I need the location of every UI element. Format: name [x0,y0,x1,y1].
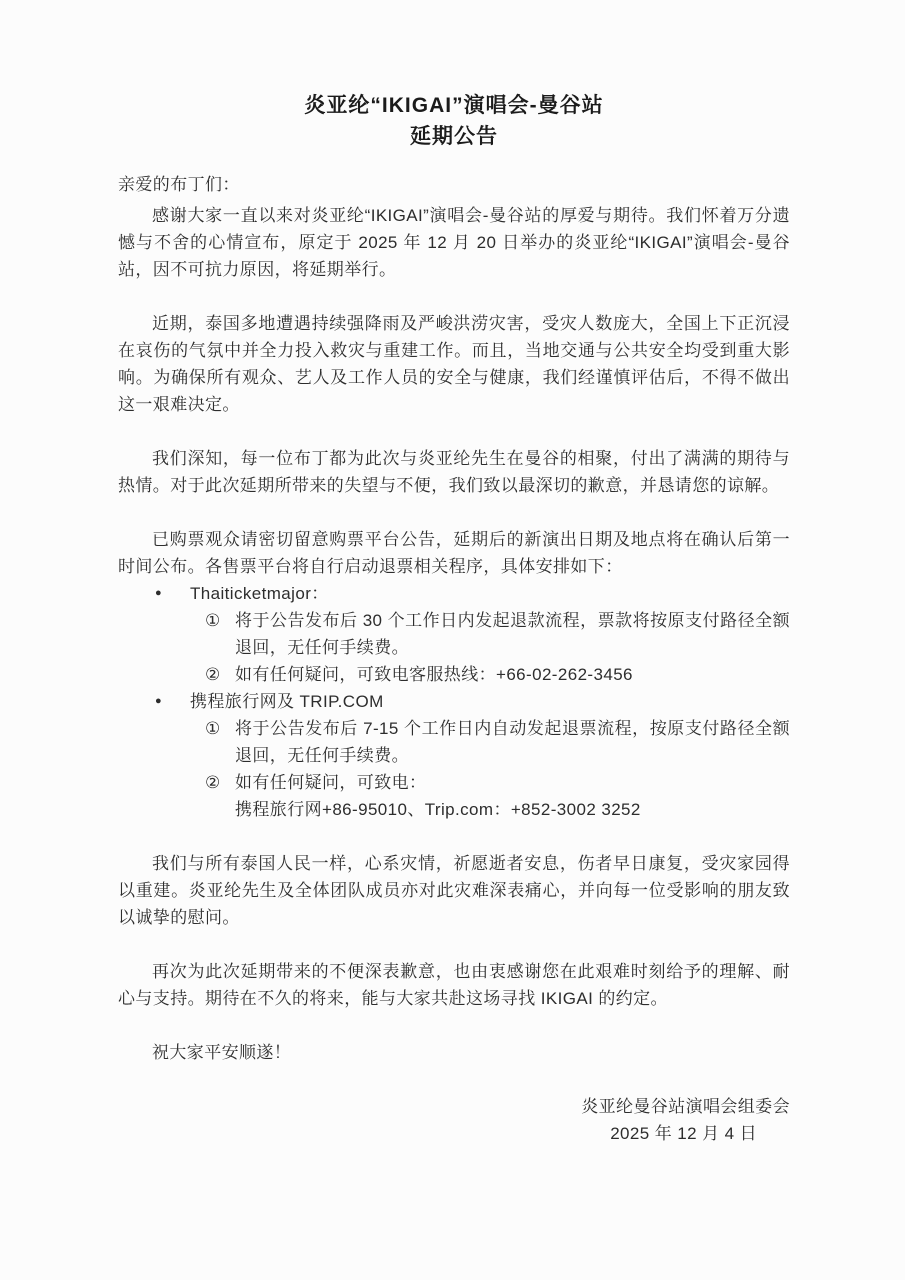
announcement-document: 炎亚纶“IKIGAI”演唱会-曼谷站 延期公告 亲爱的布丁们： 感谢大家一直以来… [0,0,905,1280]
bullet-icon: ● [155,580,190,607]
paragraph-apology: 我们深知，每一位布丁都为此次与炎亚纶先生在曼谷的相聚，付出了满满的期待与热情。对… [118,445,790,499]
circled-number-icon: ② [205,661,235,688]
refund-step-continuation: 携程旅行网+86-95010、Trip.com：+852-3002 3252 [118,796,790,823]
refund-step-text: 将于公告发布后 7-15 个工作日内自动发起退票流程，按原支付路径全额退回，无任… [235,715,790,769]
signature-date: 2025 年 12 月 4 日 [118,1120,790,1147]
circled-number-icon: ② [205,769,235,796]
paragraph-condolences: 我们与所有泰国人民一样，心系灾情，祈愿逝者安息，伤者早日康复，受灾家园得以重建。… [118,850,790,931]
paragraph-refund-intro: 已购票观众请密切留意购票平台公告，延期后的新演出日期及地点将在确认后第一时间公布… [118,526,790,580]
circled-number-placeholder [205,796,235,823]
paragraph-gratitude: 再次为此次延期带来的不便深表歉意，也由衷感谢您在此艰难时刻给予的理解、耐心与支持… [118,958,790,1012]
document-title-line1: 炎亚纶“IKIGAI”演唱会-曼谷站 [118,90,790,121]
salutation: 亲爱的布丁们： [118,171,790,198]
refund-hotline-numbers: 携程旅行网+86-95010、Trip.com：+852-3002 3252 [235,796,790,823]
platform-name: 携程旅行网及 TRIP.COM [190,688,790,715]
refund-step-text: 将于公告发布后 30 个工作日内发起退款流程，票款将按原支付路径全额退回，无任何… [235,607,790,661]
paragraph-flood-reason: 近期，泰国多地遭遇持续强降雨及严峻洪涝灾害，受灾人数庞大，全国上下正沉浸在哀伤的… [118,310,790,418]
refund-step-text: 如有任何疑问，可致电客服热线：+66-02-262-3456 [235,661,790,688]
refund-step: ② 如有任何疑问，可致电： [118,769,790,796]
refund-step: ② 如有任何疑问，可致电客服热线：+66-02-262-3456 [118,661,790,688]
refund-step-text: 如有任何疑问，可致电： [235,769,790,796]
list-item-thaiticketmajor: ● Thaiticketmajor： [118,580,790,607]
platform-name: Thaiticketmajor： [190,580,790,607]
refund-step: ① 将于公告发布后 30 个工作日内发起退款流程，票款将按原支付路径全额退回，无… [118,607,790,661]
paragraph-wishes: 祝大家平安顺遂！ [118,1039,790,1066]
refund-step: ① 将于公告发布后 7-15 个工作日内自动发起退票流程，按原支付路径全额退回，… [118,715,790,769]
bullet-icon: ● [155,688,190,715]
refund-list: ● Thaiticketmajor： ① 将于公告发布后 30 个工作日内发起退… [118,580,790,823]
document-title-line2: 延期公告 [118,121,790,152]
document-title: 炎亚纶“IKIGAI”演唱会-曼谷站 延期公告 [118,90,790,152]
list-item-trip-com: ● 携程旅行网及 TRIP.COM [118,688,790,715]
paragraph-thanks: 感谢大家一直以来对炎亚纶“IKIGAI”演唱会-曼谷站的厚爱与期待。我们怀着万分… [118,202,790,283]
circled-number-icon: ① [205,715,235,769]
signature-block: 炎亚纶曼谷站演唱会组委会 2025 年 12 月 4 日 [118,1093,790,1147]
signature-org: 炎亚纶曼谷站演唱会组委会 [118,1093,790,1120]
circled-number-icon: ① [205,607,235,661]
